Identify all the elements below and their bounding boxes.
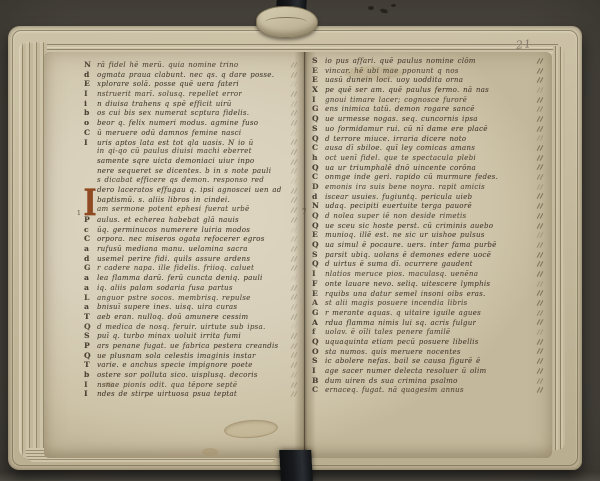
manuscript-line: discear usuies. fugiuntq. pericula uieb <box>312 192 544 202</box>
line-capital: A <box>312 298 322 307</box>
manuscript-line: alea flamma darū. ferū cuncta deniq. pau… <box>84 273 298 283</box>
line-text: n diuisa trahens q spē efficit uirū <box>97 100 232 108</box>
line-capital: N <box>312 201 322 210</box>
manuscript-line: baptismū. s. aliis libros in cindei. <box>84 196 298 206</box>
manuscript-line: Demonis ira suis bene noyra. rapit amici… <box>312 182 544 192</box>
manuscript-line: Iage sacer numer delecta resoluer ū olim <box>312 366 544 376</box>
line-capital: d <box>84 70 94 79</box>
manuscript-line: Osta numos. quis meruere nocentes <box>312 347 544 357</box>
line-text: r cadere napa. ille fidelis. friioq. cal… <box>97 264 254 272</box>
line-filler-flourish-icon <box>290 168 298 174</box>
manuscript-line: nere sequeret se dicentes. b in s note p… <box>84 167 298 177</box>
line-capital: Q <box>312 211 322 220</box>
line-text: rdua flamma nimis lui sq. acris fulgur <box>325 319 476 327</box>
line-text: ua ur triumphalē dnō uincente corōna <box>325 164 476 172</box>
line-filler-flourish-icon <box>290 333 298 339</box>
manuscript-line: s dicabat efficere qs demon. responso re… <box>84 176 298 186</box>
line-text: uquaquinta etiam pecū posuere libellis <box>325 338 479 346</box>
line-filler-flourish-icon <box>290 91 298 97</box>
line-filler-flourish-icon <box>536 97 544 103</box>
manuscript-line: aiq. aliis palam sodaria fusa partus <box>84 283 298 293</box>
line-capital: Q <box>312 337 322 346</box>
manuscript-line: Que plusnam sola celestis imaginis insta… <box>84 351 298 361</box>
line-capital: A <box>312 318 322 327</box>
line-capital: S <box>312 124 322 133</box>
line-capital: E <box>312 66 322 75</box>
line-capital: F <box>312 279 322 288</box>
manuscript-line: Cū meruere odū damnos femine nasci <box>84 128 298 138</box>
line-text: usemel perire fidi. quils assure ardens <box>97 255 250 263</box>
cover-groove <box>38 44 558 48</box>
line-capital: S <box>312 356 322 365</box>
manuscript-line: Iuris aptos lata est tot qla uasis. N io… <box>84 138 298 148</box>
line-filler-flourish-icon <box>290 217 298 223</box>
left-page-text: I 1 Nrā fidel hē merū. quia nomine trino… <box>84 60 298 399</box>
line-capital: I <box>84 89 94 98</box>
manuscript-line: Spuī q. turbo minax uoluit irrita fumi <box>84 331 298 341</box>
line-filler-flourish-icon <box>536 310 544 316</box>
line-capital: C <box>84 128 94 137</box>
line-filler-flourish-icon <box>290 372 298 378</box>
line-filler-flourish-icon <box>290 149 298 155</box>
binding-strap-bottom-icon <box>279 450 313 481</box>
fore-edge-right <box>553 46 565 450</box>
line-filler-flourish-icon <box>290 275 298 281</box>
line-filler-flourish-icon <box>290 382 298 388</box>
manuscript-line: Inlatios meruce pios. maculasq. uenēna <box>312 269 544 279</box>
line-text: aulus. et echerea habebat glā nauis <box>97 216 239 224</box>
line-capital: D <box>312 182 322 191</box>
line-text: age sacer numer delecta resoluer ū olim <box>325 367 486 375</box>
manuscript-line: Corpora. nec miseros ogata refocerer egr… <box>84 234 298 244</box>
ink-specks <box>368 3 398 15</box>
line-capital: d <box>312 192 322 201</box>
line-text: aeb eran. nulloq. doū amunere cessim <box>97 313 248 321</box>
line-capital: Q <box>312 240 322 249</box>
manuscript-line: Qua simul ē pocaure. uers. inter fama pu… <box>312 240 544 250</box>
line-filler-flourish-icon <box>290 256 298 262</box>
line-text: nstruerit marī. solusq. repellet error <box>97 90 242 98</box>
line-filler-flourish-icon <box>290 207 298 213</box>
line-filler-flourish-icon <box>536 378 544 384</box>
manuscript-line: Qd terrore miuce. irraria dicere noto <box>312 134 544 144</box>
line-capital: I <box>312 95 322 104</box>
line-filler-flourish-icon <box>536 387 544 393</box>
line-text: uris aptos lata est tot qla uasis. N io … <box>97 139 253 147</box>
manuscript-line: Causa dī sbiloe. quī ley comicas amans <box>312 143 544 153</box>
line-text: pe quē ser am. quē paulus fermo. nā nas <box>325 86 489 94</box>
manuscript-line: Ignoui timare lacer; cognosce furorē <box>312 95 544 105</box>
line-filler-flourish-icon <box>290 81 298 87</box>
line-text: dero laceratos effugau q. ipsi agnoscei … <box>97 186 282 194</box>
line-text: ogmata praua clabunt. nec qs. q dare pos… <box>97 71 274 79</box>
line-text: d medica de nosq. feruir. uirtute sub ip… <box>97 323 266 331</box>
line-capital: a <box>84 244 94 253</box>
line-filler-flourish-icon <box>290 72 298 78</box>
manuscript-line: obeor q. felix numeri modus. agmine fuso <box>84 118 298 128</box>
line-text: parsit ubiq. uolans ē demones edere uocē <box>325 251 491 259</box>
line-filler-flourish-icon <box>536 203 544 209</box>
line-capital: T <box>84 360 94 369</box>
line-capital: C <box>84 234 94 243</box>
manuscript-line: Explorare solā. posse quē uera fateri <box>84 79 298 89</box>
line-filler-flourish-icon <box>536 319 544 325</box>
manuscript-line: dusemel perire fidi. quils assure ardens <box>84 254 298 264</box>
line-capital: E <box>312 289 322 298</box>
manuscript-line: Sio pus affari. quē paulus nomine clōm <box>312 56 544 66</box>
line-text: ostere sor polluta sico. uisplusq. decor… <box>97 371 258 379</box>
manuscript-line: Nudaq. pecipiti euertuite terga pauorē <box>312 201 544 211</box>
manuscript-line: bostere sor polluta sico. uisplusq. deco… <box>84 370 298 380</box>
line-filler-flourish-icon <box>536 116 544 122</box>
line-filler-flourish-icon <box>536 193 544 199</box>
line-filler-flourish-icon <box>290 139 298 145</box>
line-text: ue sceu sic hoste perst. cū criminis aue… <box>325 222 493 230</box>
line-text: rā fidel hē merū. quia nomine trino <box>97 61 238 69</box>
line-text: emonis ira suis bene noyra. rapit amicis <box>325 183 485 191</box>
line-filler-flourish-icon <box>536 348 544 354</box>
line-capital: P <box>84 341 94 350</box>
line-filler-flourish-icon <box>536 58 544 64</box>
line-text: s dicabat efficere qs demon. responso re… <box>97 176 264 184</box>
manuscript-line: Emunioq. illē est. ne sic ur uishoe puls… <box>312 230 544 240</box>
line-capital: I <box>84 380 94 389</box>
line-filler-flourish-icon <box>290 265 298 271</box>
line-text: r merante aquas. q uitaire iguile agues <box>325 309 481 317</box>
line-filler-flourish-icon <box>290 130 298 136</box>
line-filler-flourish-icon <box>536 174 544 180</box>
manuscript-line: Languor pstre socos. membrisq. repulse <box>84 293 298 303</box>
line-capital: Q <box>312 221 322 230</box>
manuscript-line: arufusū mediana manu. uelamina sacra <box>84 244 298 254</box>
manuscript-line: Cernaceq. fugat. nā quagesim annus <box>312 385 544 395</box>
line-filler-flourish-icon <box>290 62 298 68</box>
line-filler-flourish-icon <box>536 358 544 364</box>
line-text: io pus affari. quē paulus nomine clōm <box>325 57 476 65</box>
line-capital: C <box>312 172 322 181</box>
line-text: ue urmesse nogas. seq. cuncornis ipsa <box>325 115 478 123</box>
line-text: vincar. hē ubi mae pponunt q nos <box>325 67 459 75</box>
line-filler-flourish-icon <box>536 368 544 374</box>
line-filler-flourish-icon <box>290 188 298 194</box>
line-capital: Q <box>84 351 94 360</box>
manuscript-line: fuolav. ē oīli tales penere familē <box>312 327 544 337</box>
manuscript-line: Indes de stirpe uirtuosa psua teptat <box>84 389 298 399</box>
line-filler-flourish-icon <box>290 110 298 116</box>
rubricated-initial: I <box>83 186 93 222</box>
line-text: samente sqre uicta demoniaci uiur inpo <box>97 157 254 165</box>
manuscript-line: Qd uirtus ē suma dī. ocurrere gaudent <box>312 259 544 269</box>
line-filler-flourish-icon <box>536 213 544 219</box>
line-text: uasū dunein loci. uoy uoddita orna <box>325 76 463 84</box>
line-text: ūq. germinucos numerere luiria modos <box>97 226 250 234</box>
manuscript-line: Xpe quē ser am. quē paulus fermo. nā nas <box>312 85 544 95</box>
line-text: gnoui timare lacer; cognosce furorē <box>325 96 467 104</box>
line-capital: I <box>84 138 94 147</box>
line-capital: E <box>312 230 322 239</box>
line-text: in qi-qo cū paulus diuisi machi eberret <box>97 147 252 155</box>
line-text: ū meruere odū damnos femine nasci <box>97 129 241 137</box>
manuscript-line: Pars penane fugat. ue fabrica pestera cr… <box>84 341 298 351</box>
line-filler-flourish-icon <box>536 106 544 112</box>
line-text: rquibs una datur semel insoni oibs eras. <box>325 290 486 298</box>
line-filler-flourish-icon <box>536 300 544 306</box>
line-text: iscear usuies. fugiuntq. pericula uieb <box>325 193 472 201</box>
folio-number: 21 <box>515 37 532 52</box>
line-capital: I <box>84 389 94 398</box>
manuscript-line: am sermone potent ephesi fuerat urbē <box>84 205 298 215</box>
line-filler-flourish-icon <box>536 252 544 258</box>
line-filler-flourish-icon <box>290 101 298 107</box>
line-text: orpora. nec miseros ogata refocerer egro… <box>97 235 265 243</box>
line-text: d terrore miuce. irraria dicere noto <box>325 135 466 143</box>
line-filler-flourish-icon <box>536 155 544 161</box>
line-capital: a <box>84 302 94 311</box>
line-filler-flourish-icon <box>290 304 298 310</box>
manuscript-line: Paulus. et echerea habebat glā nauis <box>84 215 298 225</box>
line-filler-flourish-icon <box>536 184 544 190</box>
line-capital: Q <box>312 114 322 123</box>
line-text: rufusū mediana manu. uelamina sacra <box>97 245 248 253</box>
line-capital: a <box>84 273 94 282</box>
line-capital: G <box>312 308 322 317</box>
line-text: nsnae pionis odit. qua tēpore septē <box>97 381 237 389</box>
line-capital: f <box>312 327 322 336</box>
line-filler-flourish-icon <box>290 178 298 184</box>
line-filler-flourish-icon <box>290 285 298 291</box>
line-filler-flourish-icon <box>536 271 544 277</box>
line-filler-flourish-icon <box>536 339 544 345</box>
manuscript-line: Que urmesse nogas. seq. cuncornis ipsa <box>312 114 544 124</box>
line-capital: I <box>312 269 322 278</box>
parchment-stain <box>223 418 278 440</box>
line-text: nere sequeret se dicentes. b in s note p… <box>97 167 271 175</box>
line-text: ens inimica tatū. demon rogare sancē <box>325 105 475 113</box>
line-filler-flourish-icon <box>290 323 298 329</box>
line-filler-flourish-icon <box>290 294 298 300</box>
manuscript-line: samente sqre uicta demoniaci uiur inpo <box>84 157 298 167</box>
line-filler-flourish-icon <box>290 343 298 349</box>
line-filler-flourish-icon <box>290 227 298 233</box>
line-filler-flourish-icon <box>536 261 544 267</box>
manuscript-line: abnisuī supere ines. uisq. uira curas <box>84 302 298 312</box>
line-text: nlatios meruce pios. maculasq. uenēna <box>325 270 478 278</box>
line-capital: Q <box>312 163 322 172</box>
manuscript-line: in qi-qo cū paulus diuisi machi eberret <box>84 147 298 157</box>
line-filler-flourish-icon <box>290 159 298 165</box>
line-filler-flourish-icon <box>290 197 298 203</box>
line-capital: S <box>312 56 322 65</box>
line-filler-flourish-icon <box>290 391 298 397</box>
line-text: puī q. turbo minax uoluit irrita fumi <box>97 332 241 340</box>
line-filler-flourish-icon <box>290 120 298 126</box>
line-filler-flourish-icon <box>536 281 544 287</box>
line-capital: c <box>84 225 94 234</box>
line-text: bnisuī supere ines. uisq. uira curas <box>97 303 237 311</box>
line-text: onmge inde geri. rapido cū murmure fedes… <box>325 173 498 181</box>
line-text: am sermone potent ephesi fuerat urbē <box>97 205 249 213</box>
line-filler-flourish-icon <box>536 77 544 83</box>
line-capital: G <box>84 263 94 272</box>
manuscript-line: Conmge inde geri. rapido cū murmure fede… <box>312 172 544 182</box>
line-text: ue plusnam sola celestis imaginis instar <box>97 352 256 360</box>
line-filler-flourish-icon <box>536 126 544 132</box>
line-capital: O <box>312 347 322 356</box>
line-text: st alii magis posuere incendia libris <box>325 299 467 307</box>
manuscript-line: Qd medica de nosq. feruir. uirtute sub i… <box>84 322 298 332</box>
manuscript-line: Erquibs una datur semel insoni oibs eras… <box>312 289 544 299</box>
line-text: udaq. pecipiti euertuite terga pauorē <box>325 202 472 210</box>
line-filler-flourish-icon <box>290 314 298 320</box>
line-capital: o <box>84 118 94 127</box>
line-filler-flourish-icon <box>536 68 544 74</box>
line-capital: C <box>312 143 322 152</box>
manuscript-line: bos cui bis sex numerat scptura fidelis. <box>84 108 298 118</box>
line-capital: a <box>84 283 94 292</box>
manuscript-line: hoct uenī fidel. que te spectacula plebi <box>312 153 544 163</box>
line-text: uo formidamur rui. cū nī dame ere placē <box>325 125 488 133</box>
line-text: ars penane fugat. ue fabrica pestera cre… <box>97 342 278 350</box>
manuscript-line: cūq. germinucos numerere luiria modos <box>84 225 298 235</box>
line-text: beor q. felix numeri modus. agmine fuso <box>97 119 258 127</box>
line-capital: d <box>84 254 94 263</box>
right-page-text: 7 Sio pus affari. quē paulus nomine clōm… <box>312 56 544 395</box>
line-filler-flourish-icon <box>290 352 298 358</box>
line-capital: h <box>312 153 322 162</box>
line-capital: S <box>84 331 94 340</box>
line-capital: E <box>84 79 94 88</box>
line-filler-flourish-icon <box>536 164 544 170</box>
line-capital: C <box>312 385 322 394</box>
line-capital: L <box>84 293 94 302</box>
margin-mark-right: 7 <box>302 208 306 216</box>
line-text: ua simul ē pocaure. uers. inter fama pur… <box>325 241 497 249</box>
line-text: d uirtus ē suma dī. ocurrere gaudent <box>325 260 473 268</box>
manuscript-line: Instruerit marī. solusq. repellet error <box>84 89 298 99</box>
manuscript-line: Nrā fidel hē merū. quia nomine trino <box>84 60 298 70</box>
line-text: munioq. illē est. ne sic ur uishoe pulsu… <box>325 231 485 239</box>
line-text: oct uenī fidel. que te spectacula plebi <box>325 154 476 162</box>
manuscript-line: Sic abolere nefas. bail se causa figurē … <box>312 356 544 366</box>
line-capital: i <box>84 99 94 108</box>
manuscript-line: Fonte lauare nevo. seliq. uitescere lymp… <box>312 279 544 289</box>
manuscript-line: Suo formidamur rui. cū nī dame ere placē <box>312 124 544 134</box>
line-filler-flourish-icon <box>536 145 544 151</box>
manuscript-line: Que sceu sic hoste perst. cū criminis au… <box>312 221 544 231</box>
line-filler-flourish-icon <box>536 290 544 296</box>
margin-mark-left: 1 <box>77 210 81 217</box>
strap-knot-icon <box>256 6 318 38</box>
line-text: uolav. ē oīli tales penere familē <box>325 328 450 336</box>
line-filler-flourish-icon <box>536 135 544 141</box>
manuscript-line: Bdum uiren ds sua crimina psalmo <box>312 376 544 386</box>
manuscript-line: Tvarie. e anchus specie impignore poete <box>84 360 298 370</box>
line-filler-flourish-icon <box>290 246 298 252</box>
line-text: os cui bis sex numerat scptura fidelis. <box>97 109 249 117</box>
manuscript-line: Gens inimica tatū. demon rogare sancē <box>312 104 544 114</box>
line-filler-flourish-icon <box>536 329 544 335</box>
line-capital: Q <box>84 322 94 331</box>
line-capital: B <box>312 376 322 385</box>
photo-backdrop: 21 I 1 Nrā fidel hē merū. quia nomine tr… <box>0 0 600 481</box>
line-capital: S <box>312 250 322 259</box>
line-text: sta numos. quis meruere nocentes <box>325 348 461 356</box>
line-text: iq. aliis palam sodaria fusa partus <box>97 284 233 292</box>
line-filler-flourish-icon <box>536 242 544 248</box>
manuscript-line: Evincar. hē ubi mae pponunt q nos <box>312 66 544 76</box>
manuscript-line: Gr merante aquas. q uitaire iguile agues <box>312 308 544 318</box>
line-text: baptismū. s. aliis libros in cindei. <box>97 196 230 204</box>
line-capital: G <box>312 104 322 113</box>
line-filler-flourish-icon <box>536 87 544 93</box>
line-capital: Q <box>312 259 322 268</box>
line-text: dum uiren ds sua crimina psalmo <box>325 377 458 385</box>
line-capital: N <box>84 60 94 69</box>
manuscript-line: Ast alii magis posuere incendia libris <box>312 298 544 308</box>
line-capital: X <box>312 85 322 94</box>
line-capital: E <box>312 75 322 84</box>
manuscript-line: Qd nolea super iē non deside rimetis <box>312 211 544 221</box>
line-text: onte lauare nevo. seliq. uitescere lymph… <box>325 280 490 288</box>
line-text: ndes de stirpe uirtuosa psua teptat <box>97 390 237 398</box>
manuscript-line: Euasū dunein loci. uoy uoddita orna <box>312 75 544 85</box>
line-filler-flourish-icon <box>290 362 298 368</box>
parchment-stain <box>202 448 218 456</box>
line-text: varie. e anchus specie impignore poete <box>97 361 253 369</box>
manuscript-line: Sparsit ubiq. uolans ē demones edere uoc… <box>312 250 544 260</box>
line-capital: b <box>84 370 94 379</box>
line-text: ausa dī sbiloe. quī ley comicas amans <box>325 144 475 152</box>
line-text: ernaceq. fugat. nā quagesim annus <box>325 386 464 394</box>
line-capital: T <box>84 312 94 321</box>
line-capital: Q <box>312 134 322 143</box>
line-text: d nolea super iē non deside rimetis <box>325 212 466 220</box>
line-capital: b <box>84 108 94 117</box>
line-text: xplorare solā. posse quē uera fateri <box>97 80 239 88</box>
line-text: lea flamma darū. ferū cuncta deniq. paul… <box>97 274 263 282</box>
manuscript-line: Insnae pionis odit. qua tēpore septē <box>84 380 298 390</box>
manuscript-line: Ardua flamma nimis lui sq. acris fulgur <box>312 318 544 328</box>
manuscript-line: Ququaquinta etiam pecū posuere libellis <box>312 337 544 347</box>
manuscript-line: Gr cadere napa. ille fidelis. friioq. ca… <box>84 263 298 273</box>
line-text: ic abolere nefas. bail se causa figurē ē <box>325 357 480 365</box>
manuscript-line: Qua ur triumphalē dnō uincente corōna <box>312 163 544 173</box>
line-filler-flourish-icon <box>290 236 298 242</box>
page-stack-edges-left <box>19 42 47 458</box>
line-capital: I <box>312 366 322 375</box>
line-filler-flourish-icon <box>536 223 544 229</box>
manuscript-line: dero laceratos effugau q. ipsi agnoscei … <box>84 186 298 196</box>
line-filler-flourish-icon <box>536 232 544 238</box>
line-text: anguor pstre socos. membrisq. repulse <box>97 294 251 302</box>
manuscript-line: in diuisa trahens q spē efficit uirū <box>84 99 298 109</box>
manuscript-line: Taeb eran. nulloq. doū amunere cessim <box>84 312 298 322</box>
manuscript-line: dogmata praua clabunt. nec qs. q dare po… <box>84 70 298 80</box>
